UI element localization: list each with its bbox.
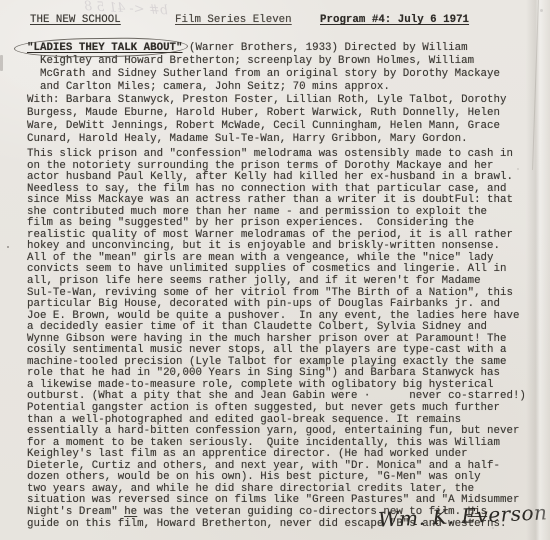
cast-list: With: Barbara Stanwyck, Preston Foster, … — [27, 94, 506, 145]
underlined-word-he: he — [124, 506, 137, 518]
film-title: "LADIES THEY TALK ABOUT" — [27, 42, 183, 54]
review-text: This slick prison and "confession" melod… — [27, 149, 526, 530]
review-part-1: This slick prison and "confession" melod… — [27, 148, 526, 518]
paper-speck — [517, 168, 519, 170]
paper-speck — [0, 55, 3, 71]
film-credits-block: "LADIES THEY TALK ABOUT" (Warner Brother… — [27, 42, 506, 146]
header-program: Program #4: July 6 1971 — [320, 14, 469, 26]
film-title-circle: "LADIES THEY TALK ABOUT" — [27, 42, 183, 55]
paper-speck — [7, 246, 9, 248]
header-institution: THE NEW SCHOOL — [30, 14, 121, 26]
document-page: b# <- 41 5 8 THE NEW SCHOOL Film Series … — [0, 0, 550, 540]
header: THE NEW SCHOOL Film Series Eleven Progra… — [0, 14, 550, 28]
paper-speck — [540, 9, 543, 12]
paper-speck — [492, 527, 494, 529]
paper-edge — [526, 0, 550, 540]
header-series: Film Series Eleven — [175, 14, 292, 26]
